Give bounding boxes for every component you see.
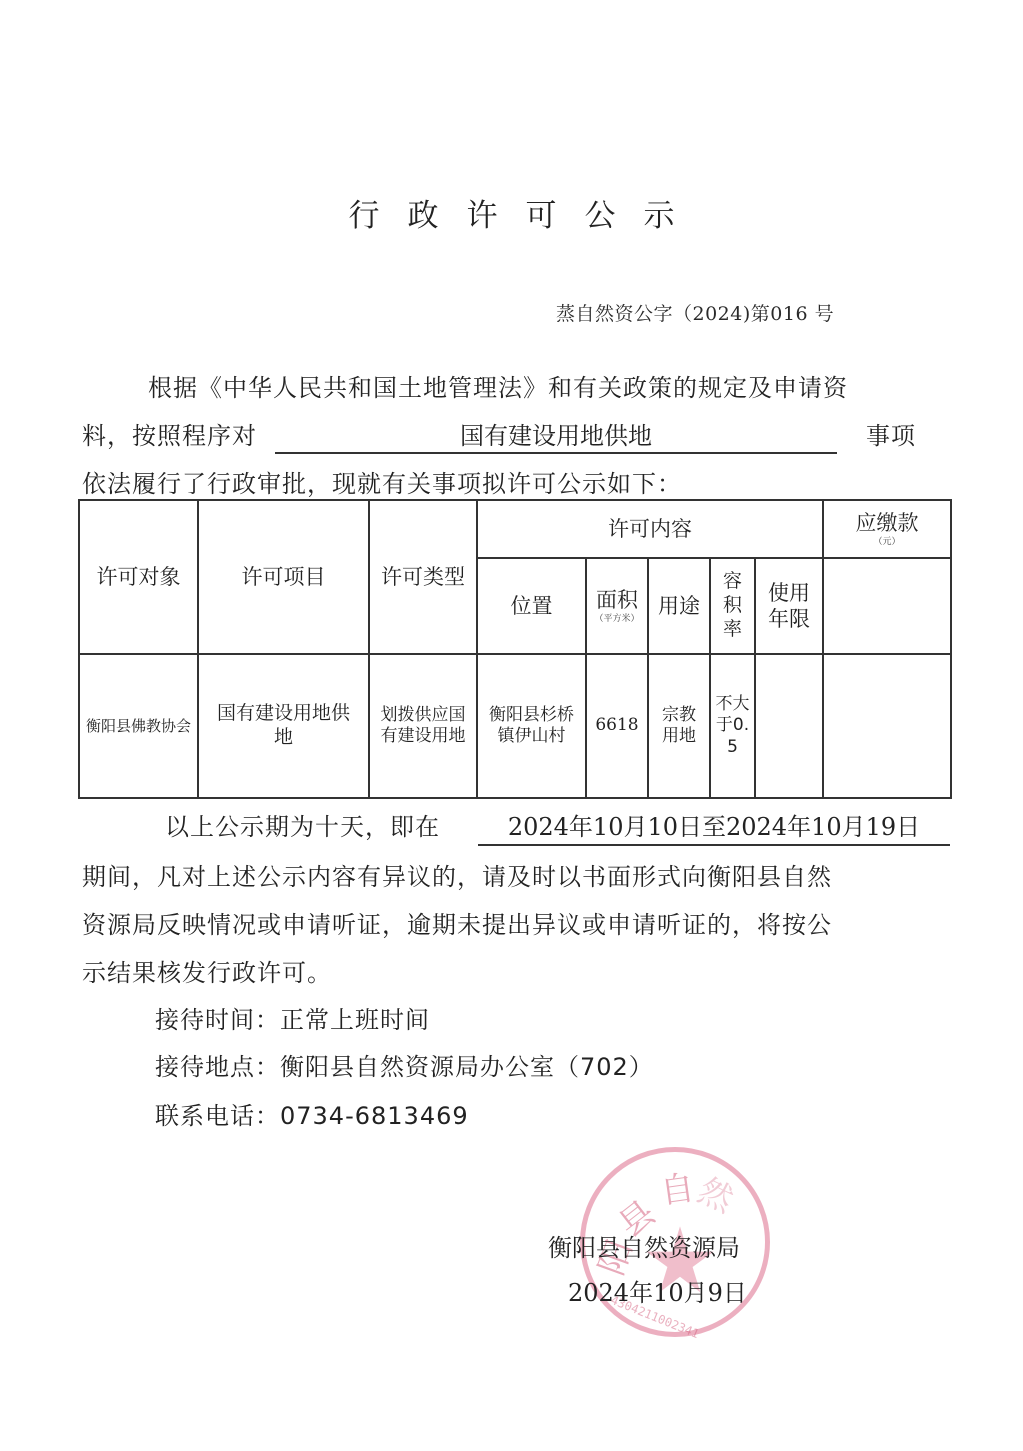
far-char-3: 率 [711,618,754,642]
cell-use: 宗教用地 [648,654,710,798]
header-use-term: 使用 年限 [755,558,823,654]
permit-table: 许可对象 许可项目 许可类型 许可内容 应缴款 （元） 位置 面积 （平方米） … [78,499,952,799]
intro-line-2-suffix: 事项 [866,416,916,451]
cell-use-term [755,654,823,798]
header-fee-unit: （元） [824,536,950,548]
period-prefix: 以上公示期为十天，即在 [165,807,440,842]
term-line-2: 年限 [756,606,822,632]
header-permit-item: 许可项目 [198,500,369,654]
header-fee: 应缴款 （元） [823,500,951,558]
intro-line-3: 依法履行了行政审批，现就有关事项拟许可公示如下： [82,464,682,499]
table-row: 衡阳县佛教协会 国有建设用地供地 划拨供应国有建设用地 衡阳县杉桥镇伊山村 66… [79,654,951,798]
header-floor-area-ratio: 容 积 率 [710,558,755,654]
cell-fee [823,654,951,798]
header-permit-object: 许可对象 [79,500,198,654]
cell-floor-area-ratio: 不大于0.5 [710,654,755,798]
header-area: 面积 （平方米） [586,558,648,654]
far-char-2: 积 [711,594,754,618]
period-line-4: 示结果核发行政许可。 [82,953,332,988]
matter-field: 国有建设用地供地 [275,416,837,451]
cell-location: 衡阳县杉桥镇伊山村 [477,654,586,798]
cell-type: 划拨供应国有建设用地 [369,654,477,798]
reception-time: 接待时间：正常上班时间 [155,1000,430,1035]
matter-underline [275,452,837,454]
far-char-1: 容 [711,570,754,594]
header-area-unit: （平方米） [587,613,647,625]
issuing-authority: 衡阳县自然资源局 [548,1228,740,1263]
header-permit-content: 许可内容 [477,500,823,558]
period-line-3: 资源局反映情况或申请听证，逾期未提出异议或申请听证的，将按公 [82,905,832,940]
period-range: 2024年10月10日至2024年10月19日 [478,807,950,842]
issue-date: 2024年10月9日 [568,1273,747,1308]
intro-line-1: 根据《中华人民共和国土地管理法》和有关政策的规定及申请资 [148,368,848,403]
period-underline [478,844,950,846]
header-location: 位置 [477,558,586,654]
reception-place: 接待地点：衡阳县自然资源局办公室（702） [155,1047,654,1082]
cell-area: 6618 [586,654,648,798]
intro-line-2-prefix: 料，按照程序对 [82,416,257,451]
term-line-1: 使用 [756,580,822,606]
header-permit-type: 许可类型 [369,500,477,654]
cell-object: 衡阳县佛教协会 [79,654,198,798]
period-line-2: 期间，凡对上述公示内容有异议的，请及时以书面形式向衡阳县自然 [82,857,832,892]
header-fee-label: 应缴款 [856,511,919,535]
header-fee-empty [823,558,951,654]
header-use: 用途 [648,558,710,654]
contact-phone: 联系电话：0734-6813469 [155,1096,469,1131]
document-title: 行政许可公示 [0,190,1023,235]
cell-item: 国有建设用地供地 [198,654,369,798]
document-number: 蒸自然资公字（2024)第016 号 [556,299,834,326]
header-area-label: 面积 [596,588,638,612]
